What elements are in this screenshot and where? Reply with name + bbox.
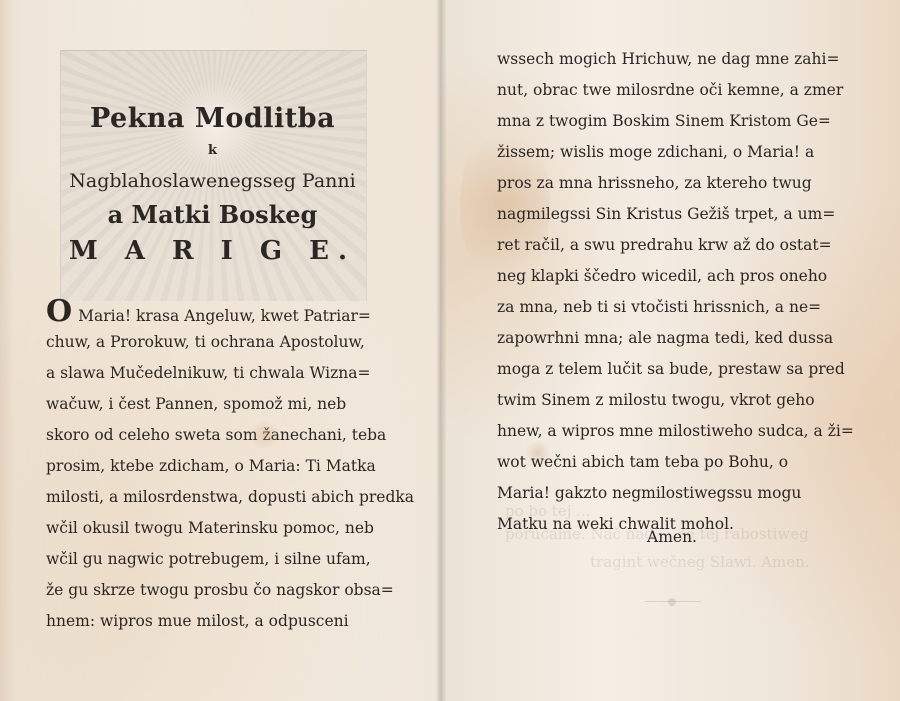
text-line: prosim, ktebe zdicham, o Maria: Ti Matka <box>46 451 396 482</box>
text-line: žissem; wislis moge zdichani, o Maria! a <box>497 137 847 168</box>
title-line-4: a Matki Boskeg <box>60 198 365 232</box>
text-line: ret račil, a swu predrahu krw až do osta… <box>497 230 847 261</box>
text-line: chuw, a Prorokuw, ti ochrana Apostoluw, <box>46 327 396 358</box>
text-line: pros za mna hrissneho, za ktereho twug <box>497 168 847 199</box>
text-line: milosti, a milosrdenstwa, dopusti abich … <box>46 482 396 513</box>
right-body-text: wssech mogich Hrichuw, ne dag mne zahi= … <box>497 44 847 540</box>
page-edge-shadow <box>0 0 14 701</box>
text-line: moga z telem lučit sa bude, prestaw sa p… <box>497 354 847 385</box>
text-line: OMaria! krasa Angeluw, kwet Patriar= <box>46 296 396 327</box>
text-line: neg klapki ščedro wicedil, ach pros oneh… <box>497 261 847 292</box>
text-line: wčil okusil twogu Materinsku pomoc, neb <box>46 513 396 544</box>
closing-amen: Amen. <box>497 522 847 553</box>
text-line: hnem: wipros mue milost, a odpusceni <box>46 606 396 637</box>
title-line-2: k <box>60 138 365 164</box>
text-line: že gu skrze twogu prosbu čo nagskor obsa… <box>46 575 396 606</box>
title-block: Pekna Modlitba k Nagblahoslawenegsseg Pa… <box>60 100 365 270</box>
text-line: twim Sinem z milostu twogu, vkrot geho <box>497 385 847 416</box>
paper-stain <box>250 420 280 450</box>
text-line: wot wečni abich tam teba po Bohu, o <box>497 447 847 478</box>
text-line: wssech mogich Hrichuw, ne dag mne zahi= <box>497 44 847 75</box>
book-spread: Pekna Modlitba k Nagblahoslawenegsseg Pa… <box>0 0 900 701</box>
text-line: wačuw, i čest Pannen, spomož mi, neb <box>46 389 396 420</box>
text-line: skoro od celeho sweta som žanechani, teb… <box>46 420 396 451</box>
text-line: mna z twogim Boskim Sinem Kristom Ge= <box>497 106 847 137</box>
left-page: Pekna Modlitba k Nagblahoslawenegsseg Pa… <box>0 0 440 701</box>
text-line: zapowrhni mna; ale nagma tedi, ked dussa <box>497 323 847 354</box>
title-line-5: M A R I G E. <box>60 232 365 270</box>
text-line: hnew, a wipros mne milostiweho sudca, a … <box>497 416 847 447</box>
bleed-through-text: po bo tej ... <box>505 502 590 520</box>
text-line: a slawa Mučedelnikuw, ti chwala Wizna= <box>46 358 396 389</box>
text-line: nagmilegssi Sin Kristus Gežiš trpet, a u… <box>497 199 847 230</box>
title-line-3: Nagblahoslawenegsseg Panni <box>60 164 365 198</box>
title-line-1: Pekna Modlitba <box>60 100 365 138</box>
text-line: wčil gu nagwic potrebugem, i silne ufam, <box>46 544 396 575</box>
left-body-text: OMaria! krasa Angeluw, kwet Patriar= chu… <box>46 296 396 637</box>
text-line: nut, obrac twe milosrdne oči kemne, a zm… <box>497 75 847 106</box>
text-line-content: Maria! krasa Angeluw, kwet Patriar= <box>78 307 371 325</box>
book-gutter <box>436 0 446 701</box>
drop-cap: O <box>46 294 72 329</box>
text-line: za mna, neb ti si vtočisti hrissnich, a … <box>497 292 847 323</box>
bleed-through-text: tragint wečneg Slawi. Amen. <box>590 553 810 571</box>
bleed-through-ornament <box>645 598 701 606</box>
